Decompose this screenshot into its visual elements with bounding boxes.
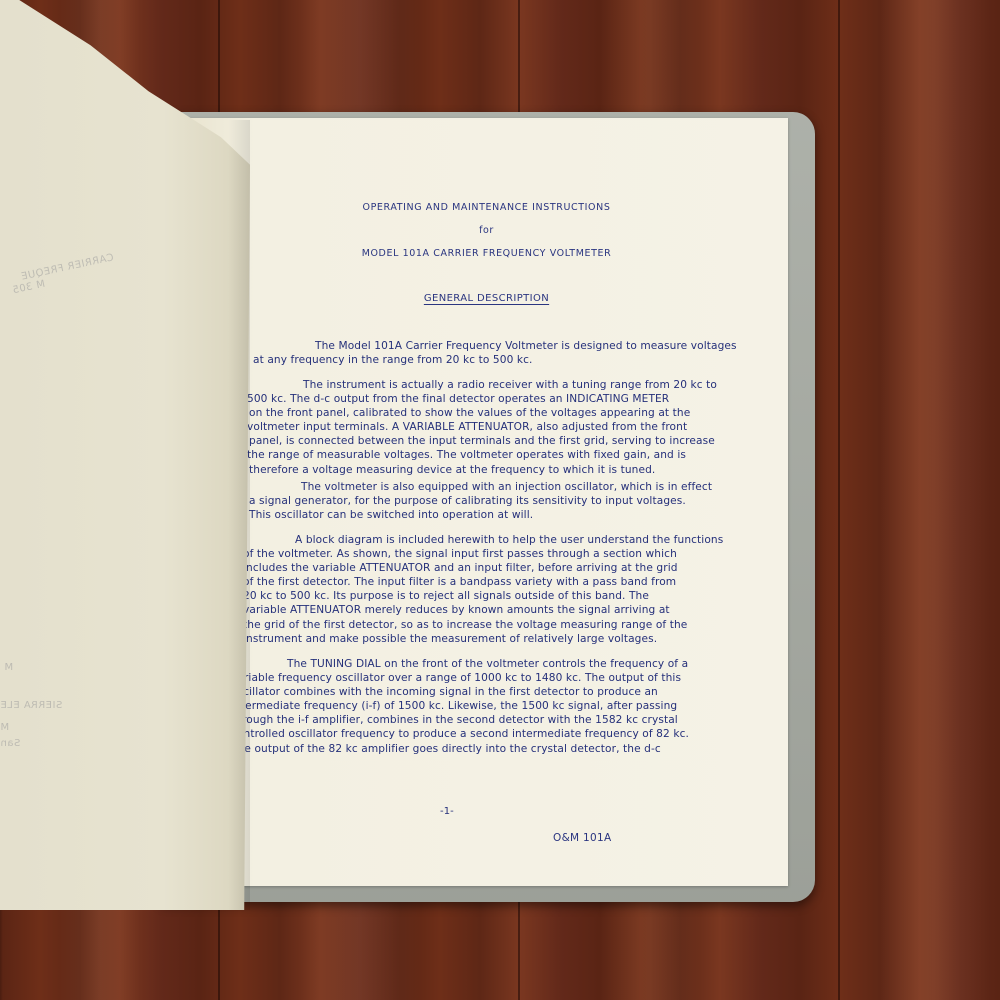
- paragraph-line: The TUNING DIAL on the front of the volt…: [231, 657, 689, 671]
- paragraph-line: A block diagram is included herewith to …: [243, 533, 723, 547]
- paragraph-line: The voltmeter is also equipped with an i…: [249, 480, 712, 494]
- paragraph-line: on the front panel, calibrated to show t…: [249, 406, 717, 420]
- paragraph-line: variable ATTENUATOR merely reduces by kn…: [243, 603, 723, 617]
- document-code: O&M 101A: [553, 832, 611, 844]
- floor-highlight: [880, 0, 990, 1000]
- bleed-through-text: San: [0, 738, 20, 749]
- paragraph-line: instrument and make possible the measure…: [243, 632, 723, 646]
- paragraph-intro: The Model 101A Carrier Frequency Voltmet…: [255, 339, 737, 367]
- left-page: [0, 0, 250, 910]
- paragraph-line: oscillator combines with the incoming si…: [231, 685, 689, 699]
- paragraph-line: variable frequency oscillator over a ran…: [231, 671, 689, 685]
- paragraph-line: This oscillator can be switched into ope…: [249, 508, 712, 522]
- paragraph-line: a signal generator, for the purpose of c…: [249, 494, 712, 508]
- paragraph-line: intermediate frequency (i-f) of 1500 kc.…: [231, 699, 689, 713]
- paragraph-block-diagram: A block diagram is included herewith to …: [243, 533, 723, 646]
- paragraph-line: of the first detector. The input filter …: [243, 575, 723, 589]
- paragraph-line: of the voltmeter. As shown, the signal i…: [243, 547, 723, 561]
- page-content: OPERATING AND MAINTENANCE INSTRUCTIONS f…: [185, 118, 788, 886]
- paragraph-line: 500 kc. The d-c output from the final de…: [247, 392, 717, 406]
- paragraph-line: through the i-f amplifier, combines in t…: [231, 713, 689, 727]
- section-heading: GENERAL DESCRIPTION: [185, 293, 788, 304]
- page-number: -1-: [440, 806, 454, 817]
- paragraph-line: panel, is connected between the input te…: [249, 434, 717, 448]
- bleed-through-text: M: [4, 662, 13, 673]
- paragraph-instrument: The instrument is actually a radio recei…: [251, 378, 717, 477]
- paragraph-line: voltmeter input terminals. A VARIABLE AT…: [247, 420, 717, 434]
- document-title-line-2: for: [185, 225, 788, 236]
- paragraph-line: 20 kc to 500 kc. Its purpose is to rejec…: [243, 589, 723, 603]
- page-gutter-shadow: [228, 120, 250, 910]
- paragraph-injection-oscillator: The voltmeter is also equipped with an i…: [249, 480, 712, 522]
- document-page: OPERATING AND MAINTENANCE INSTRUCTIONS f…: [185, 118, 788, 886]
- paragraph-line: at any frequency in the range from 20 kc…: [253, 353, 737, 367]
- document-title-line-1: OPERATING AND MAINTENANCE INSTRUCTIONS: [185, 202, 788, 213]
- floor-plank-seam: [838, 0, 840, 1000]
- paragraph-line: controlled oscillator frequency to produ…: [231, 727, 689, 741]
- bleed-through-text: SIERRA ELE: [0, 700, 62, 711]
- document-title-line-3: MODEL 101A CARRIER FREQUENCY VOLTMETER: [185, 248, 788, 259]
- paragraph-line: includes the variable ATTENUATOR and an …: [243, 561, 723, 575]
- bleed-through-text: M: [0, 722, 9, 733]
- paragraph-line: the grid of the first detector, so as to…: [243, 618, 723, 632]
- paragraph-tuning-dial: The TUNING DIAL on the front of the volt…: [231, 657, 689, 756]
- paragraph-line: the range of measurable voltages. The vo…: [247, 448, 717, 462]
- paragraph-line: therefore a voltage measuring device at …: [249, 463, 717, 477]
- paragraph-line: The Model 101A Carrier Frequency Voltmet…: [255, 339, 737, 353]
- paragraph-line: The instrument is actually a radio recei…: [251, 378, 717, 392]
- paragraph-line: The output of the 82 kc amplifier goes d…: [231, 742, 689, 756]
